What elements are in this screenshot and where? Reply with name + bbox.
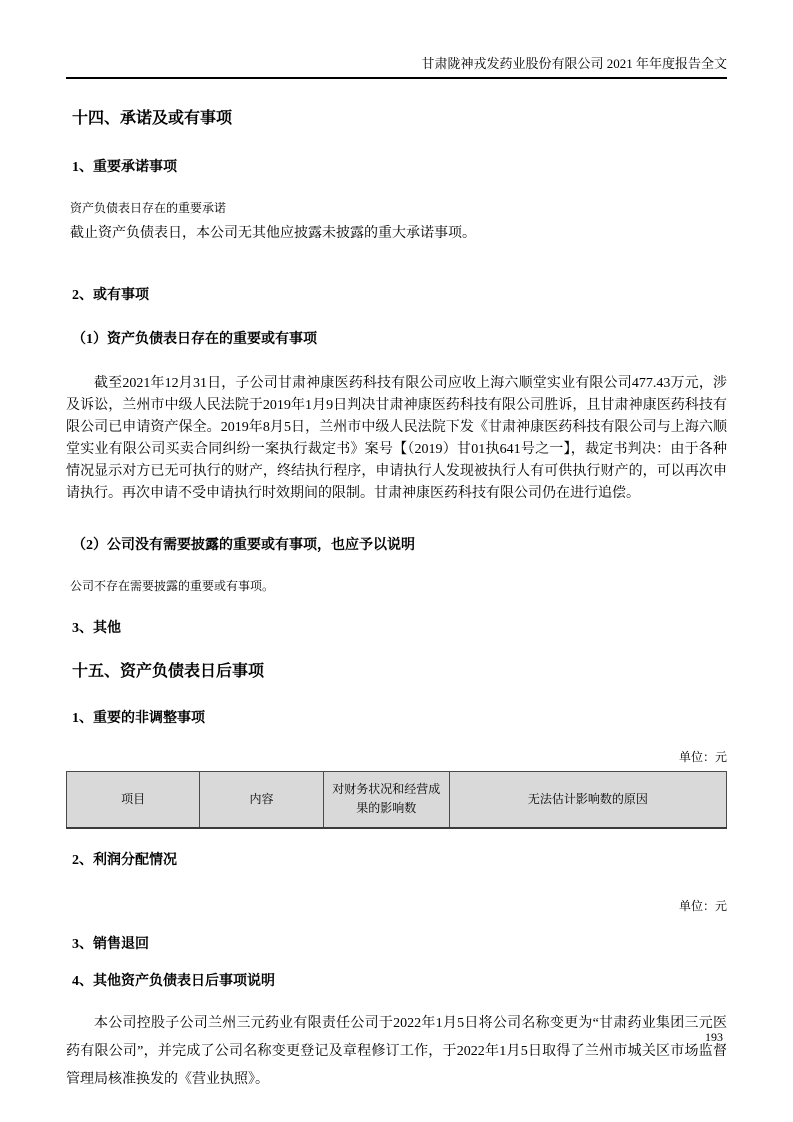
subsidiary-rename-paragraph: 本公司控股子公司兰州三元药业有限责任公司于2022年1月5日将公司名称变更为“甘… (66, 1010, 727, 1094)
section-15-heading: 十五、资产负债表日后事项 (72, 662, 727, 682)
litigation-paragraph: 截至2021年12月31日，子公司甘肃神康医药科技有限公司应收上海六顺堂实业有限… (66, 373, 727, 505)
table-header-item: 项目 (67, 772, 200, 828)
contingency-item-2-heading: （2）公司没有需要披露的重要或有事项，也应予以说明 (72, 537, 727, 555)
non-adjusting-events-table: 项目 内容 对财务状况和经营成果的影响数 无法估计影响数的原因 (66, 771, 727, 829)
section-15-4-heading: 4、其他资产负债表日后事项说明 (72, 973, 727, 991)
report-page: 甘肃陇神戎发药业股份有限公司 2021 年年度报告全文 十四、承诺及或有事项 1… (0, 0, 793, 1122)
unit-label-1: 单位：元 (66, 750, 727, 765)
page-number: 193 (705, 1030, 723, 1045)
table-header-content: 内容 (200, 772, 323, 828)
section-14-1-heading: 1、重要承诺事项 (72, 159, 727, 177)
section-15-1-heading: 1、重要的非调整事项 (72, 710, 727, 728)
no-contingency-statement: 公司不存在需要披露的重要或有事项。 (70, 579, 727, 594)
table-header-row: 项目 内容 对财务状况和经营成果的影响数 无法估计影响数的原因 (67, 772, 727, 828)
running-header: 甘肃陇神戎发药业股份有限公司 2021 年年度报告全文 (66, 0, 727, 79)
section-15-3-heading: 3、销售退回 (72, 936, 727, 954)
table-header-financial-impact: 对财务状况和经营成果的影响数 (323, 772, 449, 828)
section-15-2-heading: 2、利润分配情况 (72, 852, 727, 870)
section-14-heading: 十四、承诺及或有事项 (72, 109, 727, 129)
section-14-2-heading: 2、或有事项 (72, 287, 727, 305)
commitments-statement: 截止资产负债表日，本公司无其他应披露未披露的重大承诺事项。 (70, 225, 727, 243)
balance-sheet-commitments-note: 资产负债表日存在的重要承诺 (70, 201, 727, 216)
unit-label-2: 单位：元 (66, 899, 727, 914)
page-content: 甘肃陇神戎发药业股份有限公司 2021 年年度报告全文 十四、承诺及或有事项 1… (0, 0, 793, 1094)
table-header-reason: 无法估计影响数的原因 (449, 772, 726, 828)
section-14-3-heading: 3、其他 (72, 620, 727, 638)
contingency-item-1-heading: （1）资产负债表日存在的重要或有事项 (72, 331, 727, 349)
